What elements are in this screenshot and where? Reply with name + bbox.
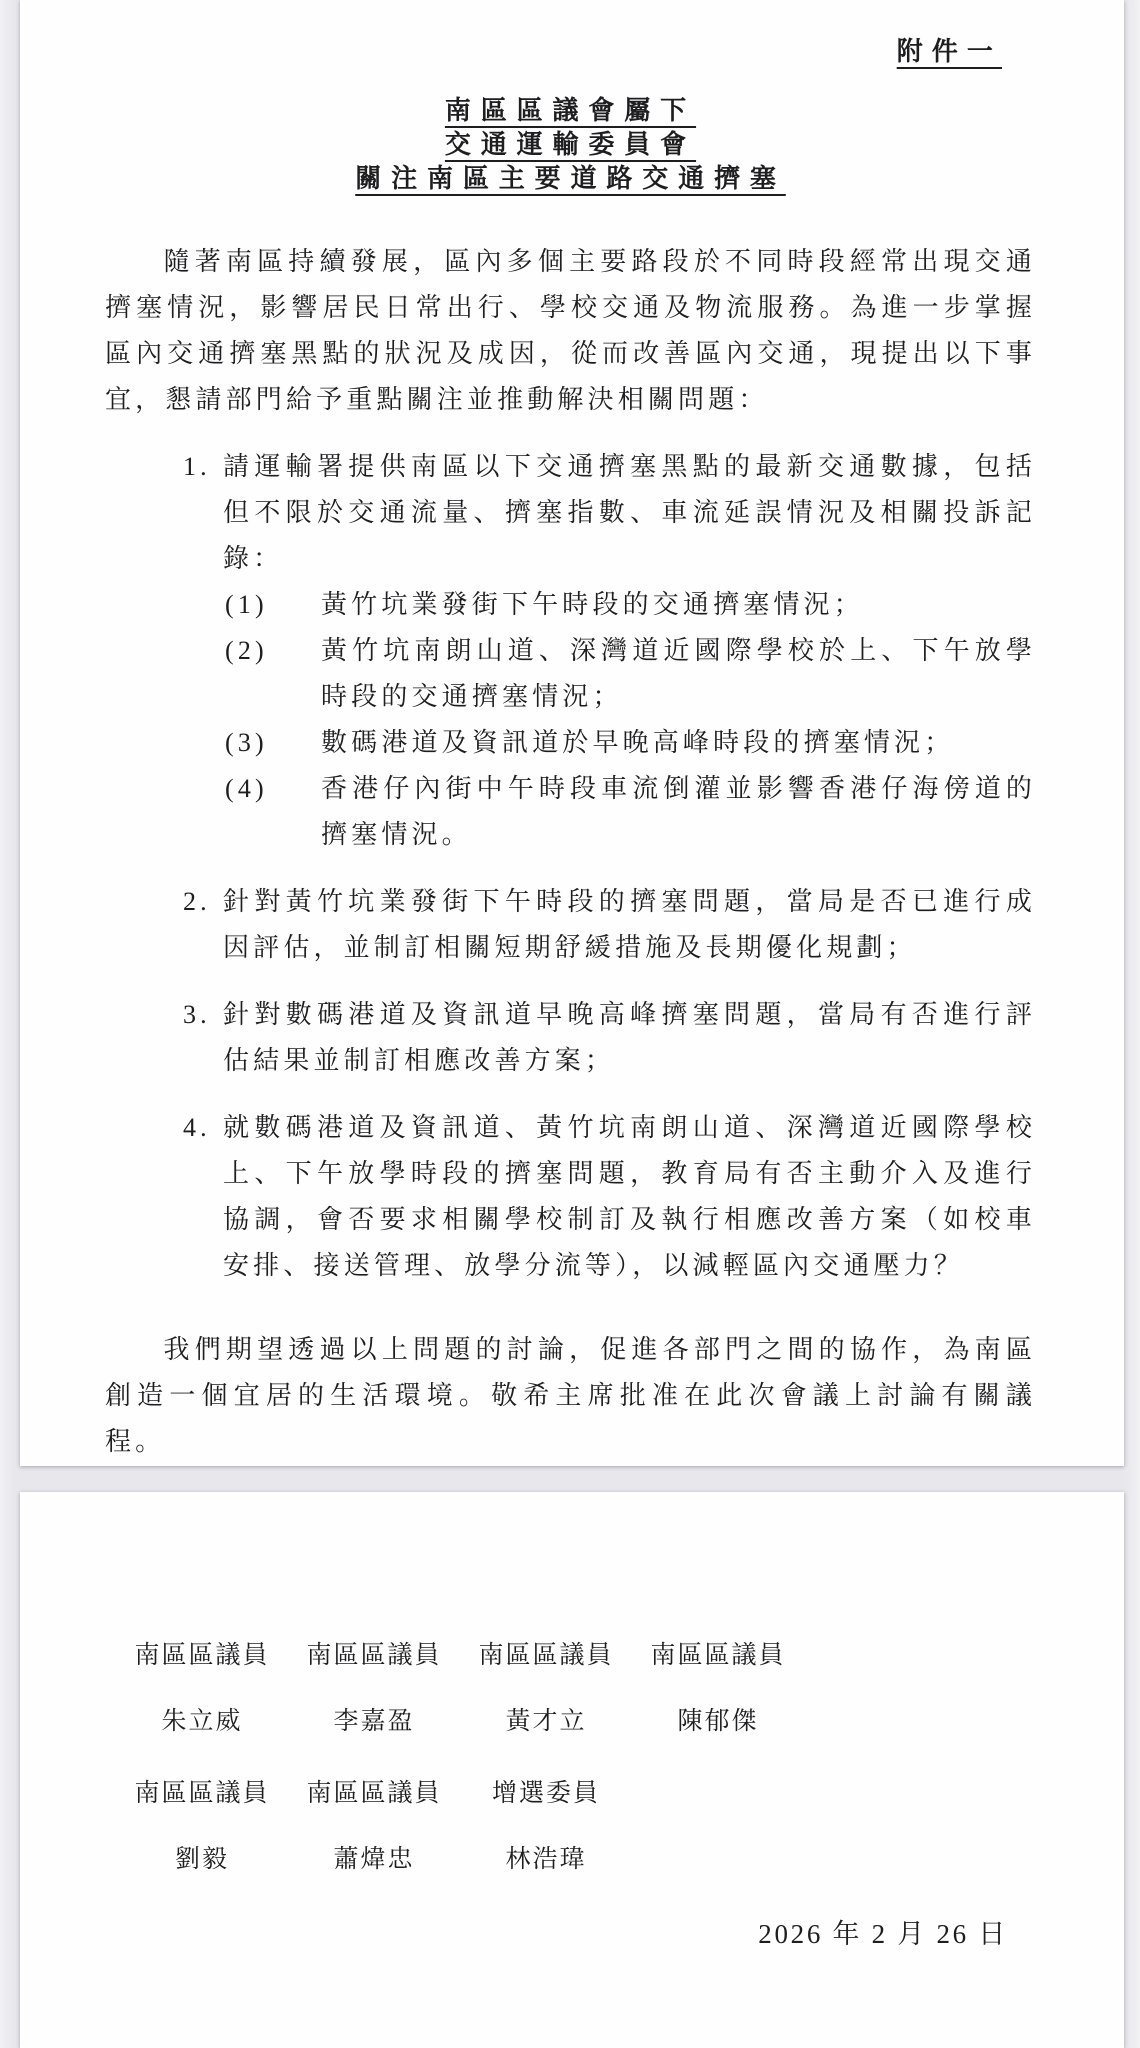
item-text: 請運輸署提供南區以下交通擠塞黑點的最新交通數據，包括但不限於交通流量、擠塞指數、… (223, 444, 1036, 582)
sub-item-text: 黃竹坑業發街下午時段的交通擠塞情況； (321, 582, 1036, 628)
document-title-block: 南區區議會屬下 交通運輸委員會 關注南區主要道路交通擠塞 (105, 94, 1036, 195)
attachment-label: 附件一 (105, 34, 1036, 70)
sub-item-text: 黃竹坑南朗山道、深灣道近國際學校於上、下午放學時段的交通擠塞情況； (321, 628, 1036, 720)
signatory-names-row-1: 朱立威 李嘉盈 黃才立 陳郁傑 (116, 1706, 1124, 1738)
sub-item-number: (2) (225, 628, 321, 720)
document-page-2: 南區區議員 南區區議員 南區區議員 南區區議員 朱立威 李嘉盈 黃才立 陳郁傑 … (20, 1492, 1124, 2048)
signatory-title: 南區區議員 (116, 1640, 288, 1672)
attachment-label-text: 附件一 (897, 37, 1002, 66)
signatory-title: 增選委員 (460, 1778, 632, 1810)
sub-list-item-2: (2) 黃竹坑南朗山道、深灣道近國際學校於上、下午放學時段的交通擠塞情況； (225, 628, 1036, 720)
list-item-4: 4. 就數碼港道及資訊道、黃竹坑南朗山道、深灣道近國際學校上、下午放學時段的擠塞… (183, 1105, 1036, 1289)
list-item-1: 1. 請運輸署提供南區以下交通擠塞黑點的最新交通數據，包括但不限於交通流量、擠塞… (183, 444, 1036, 582)
signatory-name: 陳郁傑 (632, 1706, 804, 1738)
doc-title-line-2: 交通運輸委員會 (105, 128, 1036, 161)
intro-paragraph: 隨著南區持續發展，區內多個主要路段於不同時段經常出現交通擠塞情況，影響居民日常出… (105, 239, 1036, 423)
sub-list-item-4: (4) 香港仔內街中午時段車流倒灌並影響香港仔海傍道的擠塞情況。 (225, 766, 1036, 858)
sub-item-number: (3) (225, 720, 321, 766)
sub-list-item-3: (3) 數碼港道及資訊道於早晚高峰時段的擠塞情況； (225, 720, 1036, 766)
signatory-name: 朱立威 (116, 1706, 288, 1738)
signatory-title: 南區區議員 (288, 1640, 460, 1672)
item-number: 4. (183, 1105, 223, 1289)
document-viewer: 附件一 南區區議會屬下 交通運輸委員會 關注南區主要道路交通擠塞 隨著南區持續發… (0, 0, 1140, 2048)
sub-list-item-1: (1) 黃竹坑業發街下午時段的交通擠塞情況； (225, 582, 1036, 628)
document-date: 2026 年 2 月 26 日 (20, 1912, 1124, 1951)
item-number: 1. (183, 444, 223, 582)
item-number: 2. (183, 879, 223, 971)
sub-item-number: (4) (225, 766, 321, 858)
item-text: 就數碼港道及資訊道、黃竹坑南朗山道、深灣道近國際學校上、下午放學時段的擠塞問題，… (223, 1105, 1036, 1289)
sub-item-text: 香港仔內街中午時段車流倒灌並影響香港仔海傍道的擠塞情況。 (321, 766, 1036, 858)
signatory-name: 蕭煒忠 (288, 1844, 460, 1876)
signatory-name: 林浩瑋 (460, 1844, 632, 1876)
signatory-titles-row-1: 南區區議員 南區區議員 南區區議員 南區區議員 (116, 1640, 1124, 1672)
signatory-title: 南區區議員 (288, 1778, 460, 1810)
signatory-titles-row-2: 南區區議員 南區區議員 增選委員 (116, 1778, 1124, 1810)
page-gap (0, 1466, 1140, 1492)
closing-paragraph: 我們期望透過以上問題的討論，促進各部門之間的協作，為南區創造一個宜居的生活環境。… (105, 1327, 1036, 1465)
sub-item-number: (1) (225, 582, 321, 628)
signatory-title: 南區區議員 (116, 1778, 288, 1810)
doc-title-line-3: 關注南區主要道路交通擠塞 (105, 162, 1036, 195)
list-item-2: 2. 針對黃竹坑業發街下午時段的擠塞問題，當局是否已進行成因評估，並制訂相關短期… (183, 879, 1036, 971)
item-text: 針對黃竹坑業發街下午時段的擠塞問題，當局是否已進行成因評估，並制訂相關短期舒緩措… (223, 879, 1036, 971)
signatory-names-row-2: 劉毅 蕭煒忠 林浩瑋 (116, 1844, 1124, 1876)
signatory-title: 南區區議員 (460, 1640, 632, 1672)
list-item-3: 3. 針對數碼港道及資訊道早晚高峰擠塞問題，當局有否進行評估結果並制訂相應改善方… (183, 992, 1036, 1084)
document-page-1: 附件一 南區區議會屬下 交通運輸委員會 關注南區主要道路交通擠塞 隨著南區持續發… (20, 0, 1124, 1466)
doc-title-line-1: 南區區議會屬下 (105, 94, 1036, 127)
signatory-title: 南區區議員 (632, 1640, 804, 1672)
item-text: 針對數碼港道及資訊道早晚高峰擠塞問題，當局有否進行評估結果並制訂相應改善方案； (223, 992, 1036, 1084)
signatory-name: 黃才立 (460, 1706, 632, 1738)
signatory-name: 劉毅 (116, 1844, 288, 1876)
signatory-name: 李嘉盈 (288, 1706, 460, 1738)
sub-item-text: 數碼港道及資訊道於早晚高峰時段的擠塞情況； (321, 720, 1036, 766)
item-number: 3. (183, 992, 223, 1084)
